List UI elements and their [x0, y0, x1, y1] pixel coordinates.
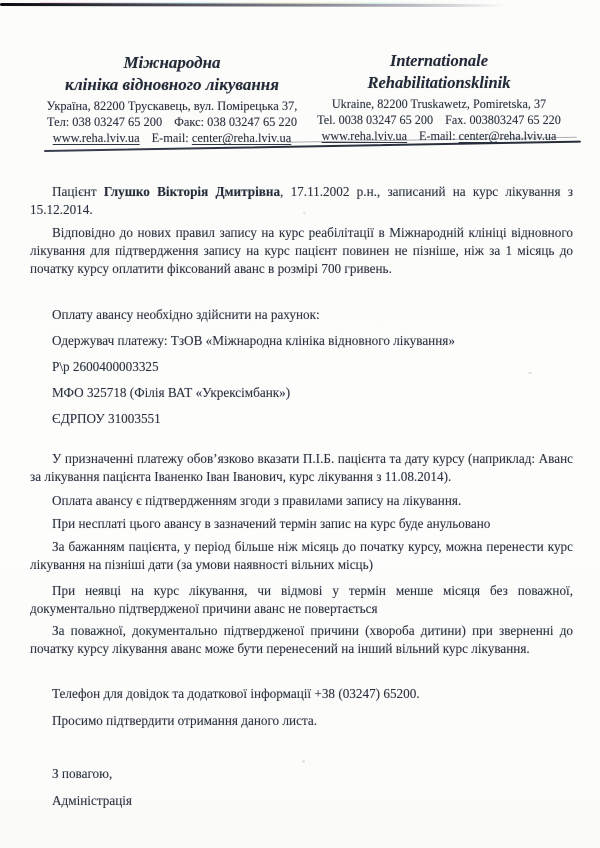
payment-account-line: Р\р 2600400003325	[30, 358, 573, 376]
clinic-name-uk-line2: клініка відновного лікування	[28, 74, 316, 96]
signature-line: Адміністрація	[30, 792, 573, 810]
clinic-phone-fax-uk: Тел: 038 03247 65 200Факс: 038 03247 65 …	[28, 114, 316, 130]
paragraph-no-refund: При неявці на курс лікування, чи відмові…	[30, 582, 573, 618]
clinic-email-uk: center@reha.lviv.ua	[192, 131, 291, 145]
payment-edrpou-line: ЄДРПОУ 31003551	[30, 410, 573, 428]
clinic-address-de: Ukraine, 82200 Truskawetz, Pomiretska, 3…	[312, 96, 566, 112]
clinic-web-email-uk: www.reha.lviv.uaE-mail: center@reha.lviv…	[28, 130, 316, 146]
clinic-fax-de: Fax. 003803247 65 220	[445, 113, 561, 127]
phone-info-line: Телефон для довідок та додаткової інформ…	[30, 685, 573, 703]
clinic-name-de-line2: Rehabilitationsklinik	[312, 72, 566, 94]
paragraph-reschedule-option: За бажанням пацієнта, у період більше ні…	[30, 538, 573, 574]
clinic-details-uk: Україна, 82200 Трускавець, вул. Помірець…	[28, 98, 316, 146]
clinic-name-de-line1: Internationale	[312, 50, 566, 72]
scanned-letter-page: Міжнародна клініка відновного лікування …	[0, 0, 600, 848]
clinic-fax-uk: Факс: 038 03247 65 220	[174, 115, 297, 129]
clinic-name-uk: Міжнародна клініка відновного лікування	[28, 52, 316, 95]
paragraph-payment-agreement: Оплата авансу є підтвердженням згоди з п…	[30, 492, 573, 510]
payment-payee-line: Одержувач платежу: ТзОВ «Міжнародна клін…	[30, 332, 573, 350]
patient-label: Пацієнт	[52, 184, 104, 199]
letterhead-clinic-de: Internationale Rehabilitationsklinik Ukr…	[312, 50, 566, 144]
clinic-name-de: Internationale Rehabilitationsklinik	[312, 50, 566, 93]
payment-mfo-line: МФО 325718 (Філія ВАТ «Укрексімбанк»)	[30, 384, 573, 402]
clinic-email-label-uk: E-mail:	[152, 131, 189, 145]
paragraph-patient-info: Пацієнт Глушко Вікторія Дмитрівна, 17.11…	[30, 183, 573, 219]
clinic-phone-fax-de: Tel. 0038 03247 65 200Fax. 003803247 65 …	[312, 112, 566, 128]
paragraph-payment-purpose: У призначенні платежу обов’язково вказат…	[30, 450, 573, 486]
paragraph-valid-reason: За поважної, документально підтвердженої…	[30, 622, 573, 658]
closing-line: З повагою,	[30, 765, 573, 783]
clinic-phone-uk: Тел: 038 03247 65 200	[47, 115, 162, 129]
paragraph-booking-rules: Відповідно до нових правил запису на кур…	[30, 224, 573, 278]
clinic-phone-de: Tel. 0038 03247 65 200	[317, 113, 433, 127]
clinic-name-uk-line1: Міжнародна	[28, 52, 316, 74]
scan-artifact-top	[0, 1, 505, 7]
letter-body: Пацієнт Глушко Вікторія Дмитрівна, 17.11…	[30, 183, 573, 810]
clinic-address-uk: Україна, 82200 Трускавець, вул. Помірець…	[28, 98, 316, 114]
letterhead: Міжнародна клініка відновного лікування …	[0, 50, 600, 150]
paragraph-cancellation-notice: При несплаті цього авансу в зазначений т…	[30, 515, 573, 533]
letterhead-clinic-uk: Міжнародна клініка відновного лікування …	[28, 52, 316, 146]
confirmation-request-line: Просимо підтвердити отримання даного лис…	[30, 712, 573, 730]
scan-artifact-dark-line	[0, 3, 505, 7]
clinic-email-label-de: E-mail:	[419, 129, 456, 143]
patient-name: Глушко Вікторія Дмитрівна	[104, 184, 280, 199]
clinic-website-uk: www.reha.lviv.ua	[53, 131, 140, 145]
payment-intro-line: Оплату авансу необхідно здійснити на рах…	[30, 306, 573, 324]
